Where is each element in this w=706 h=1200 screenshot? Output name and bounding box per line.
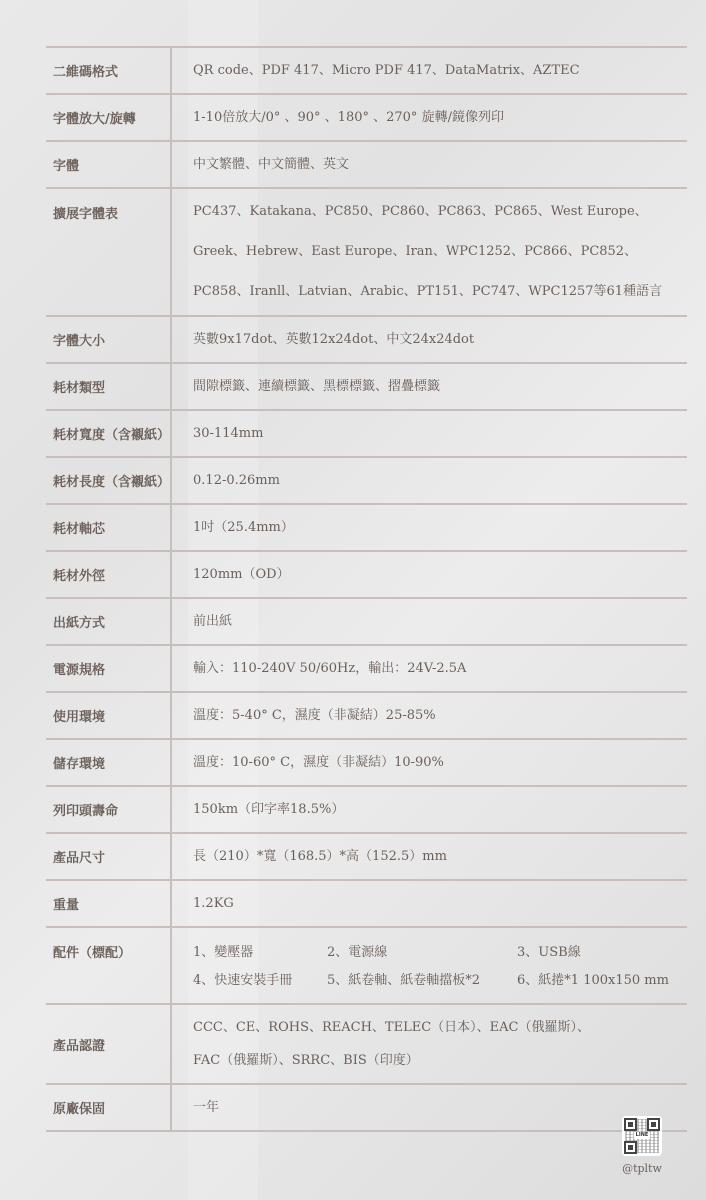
spec-row-2d-barcode: 二維碼格式 QR code、PDF 417、Micro PDF 417、Data… [46, 47, 687, 94]
spec-row-outer-diameter: 耗材外徑 120mm（OD） [46, 551, 687, 598]
spec-label: 耗材寬度（含襯紙） [46, 410, 171, 457]
spec-row-media-thickness: 耗材長度（含襯紙） 0.12-0.26mm [46, 457, 687, 504]
spec-table: 二維碼格式 QR code、PDF 417、Micro PDF 417、Data… [46, 46, 687, 1132]
spec-label: 二維碼格式 [46, 47, 171, 94]
spec-value-line: Greek、Hebrew、East Europe、Iran、WPC1252、PC… [193, 232, 687, 272]
spec-value: 1.2KG [171, 880, 687, 927]
spec-label: 耗材軸芯 [46, 504, 171, 551]
spec-label: 耗材長度（含襯紙） [46, 457, 171, 504]
spec-row-codepages: 擴展字體表 PC437、Katakana、PC850、PC860、PC863、P… [46, 188, 687, 316]
spec-value: 輸入：110-240V 50/60Hz，輸出：24V-2.5A [171, 645, 687, 692]
spec-label: 擴展字體表 [46, 188, 171, 316]
accessory-item: 6、紙捲*1 100x150 mm [517, 967, 687, 995]
spec-value: 1、變壓器 2、電源線 3、USB線 4、快速安裝手冊 5、紙卷軸、紙卷軸擋板*… [171, 927, 687, 1004]
spec-value: 一年 [171, 1084, 687, 1131]
spec-value-line: 溫度：5-40° C，濕度（非凝結）25-85% [193, 693, 687, 738]
accessories-grid: 1、變壓器 2、電源線 3、USB線 4、快速安裝手冊 5、紙卷軸、紙卷軸擋板*… [193, 939, 687, 995]
spec-label: 產品認證 [46, 1004, 171, 1084]
spec-label: 配件（標配） [46, 927, 171, 1004]
spec-label: 字體放大/旋轉 [46, 94, 171, 141]
spec-value: 1吋（25.4mm） [171, 504, 687, 551]
spec-value-line: 輸入：110-240V 50/60Hz，輸出：24V-2.5A [193, 646, 687, 691]
spec-label: 耗材外徑 [46, 551, 171, 598]
spec-value-line: 30-114mm [193, 411, 687, 456]
spec-row-media-type: 耗材類型 間隙標籤、連續標籤、黑標標籤、摺疊標籤 [46, 363, 687, 410]
spec-label: 字體 [46, 141, 171, 188]
spec-value: 間隙標籤、連續標籤、黑標標籤、摺疊標籤 [171, 363, 687, 410]
spec-value-line: 英數9x17dot、英數12x24dot、中文24x24dot [193, 317, 687, 362]
spec-label: 耗材類型 [46, 363, 171, 410]
line-handle: @tpltw [612, 1162, 672, 1175]
spec-value-line: 0.12-0.26mm [193, 458, 687, 503]
accessory-item: 2、電源線 [327, 939, 517, 967]
spec-label: 字體大小 [46, 316, 171, 363]
spec-row-printhead-life: 列印頭壽命 150km（印字率18.5%） [46, 786, 687, 833]
spec-row-paper-out: 出紙方式 前出紙 [46, 598, 687, 645]
spec-value-line: 前出紙 [193, 599, 687, 644]
spec-label: 電源規格 [46, 645, 171, 692]
accessory-item: 5、紙卷軸、紙卷軸擋板*2 [327, 967, 517, 995]
spec-value: 中文繁體、中文簡體、英文 [171, 141, 687, 188]
spec-value-line: QR code、PDF 417、Micro PDF 417、DataMatrix… [193, 48, 687, 93]
footer-contact: LINE @tpltw [612, 1116, 672, 1175]
spec-value: PC437、Katakana、PC850、PC860、PC863、PC865、W… [171, 188, 687, 316]
spec-value: CCC、CE、ROHS、REACH、TELEC（日本）、EAC（俄羅斯）、 FA… [171, 1004, 687, 1084]
accessory-item: 3、USB線 [517, 939, 687, 967]
spec-label: 出紙方式 [46, 598, 171, 645]
spec-value-line: 150km（印字率18.5%） [193, 787, 687, 832]
line-logo-icon: LINE [634, 1132, 650, 1139]
qr-finder-icon [647, 1118, 660, 1131]
spec-row-font-scale-rotation: 字體放大/旋轉 1-10倍放大/0° 、90° 、180° 、270° 旋轉/鏡… [46, 94, 687, 141]
spec-row-dimensions: 產品尺寸 長（210）*寬（168.5）*高（152.5）mm [46, 833, 687, 880]
spec-value-line: 溫度：10-60° C，濕度（非凝結）10-90% [193, 740, 687, 785]
spec-value-line: PC437、Katakana、PC850、PC860、PC863、PC865、W… [193, 192, 687, 232]
accessory-item: 4、快速安裝手冊 [193, 967, 327, 995]
spec-value: 0.12-0.26mm [171, 457, 687, 504]
qr-finder-icon [624, 1141, 637, 1154]
spec-value-line: 120mm（OD） [193, 552, 687, 597]
spec-row-accessories: 配件（標配） 1、變壓器 2、電源線 3、USB線 4、快速安裝手冊 5、紙卷軸… [46, 927, 687, 1004]
spec-label: 列印頭壽命 [46, 786, 171, 833]
spec-value-line: 長（210）*寬（168.5）*高（152.5）mm [193, 834, 687, 879]
spec-label: 使用環境 [46, 692, 171, 739]
spec-label: 原廠保固 [46, 1084, 171, 1131]
spec-row-media-width: 耗材寬度（含襯紙） 30-114mm [46, 410, 687, 457]
spec-value-line: 中文繁體、中文簡體、英文 [193, 142, 687, 187]
spec-value: QR code、PDF 417、Micro PDF 417、DataMatrix… [171, 47, 687, 94]
spec-row-font-size: 字體大小 英數9x17dot、英數12x24dot、中文24x24dot [46, 316, 687, 363]
spec-row-core: 耗材軸芯 1吋（25.4mm） [46, 504, 687, 551]
spec-label: 儲存環境 [46, 739, 171, 786]
spec-value: 150km（印字率18.5%） [171, 786, 687, 833]
spec-value-line: FAC（俄羅斯）、SRRC、BIS（印度） [193, 1044, 687, 1077]
spec-value: 30-114mm [171, 410, 687, 457]
spec-value: 120mm（OD） [171, 551, 687, 598]
spec-row-storage-env: 儲存環境 溫度：10-60° C，濕度（非凝結）10-90% [46, 739, 687, 786]
spec-label: 重量 [46, 880, 171, 927]
spec-value-line: CCC、CE、ROHS、REACH、TELEC（日本）、EAC（俄羅斯）、 [193, 1011, 687, 1044]
spec-value: 長（210）*寬（168.5）*高（152.5）mm [171, 833, 687, 880]
line-qr-code-icon[interactable]: LINE [622, 1116, 662, 1156]
spec-value-line: 1.2KG [193, 881, 687, 926]
spec-row-warranty: 原廠保固 一年 [46, 1084, 687, 1131]
spec-value: 溫度：5-40° C，濕度（非凝結）25-85% [171, 692, 687, 739]
spec-row-weight: 重量 1.2KG [46, 880, 687, 927]
spec-value: 1-10倍放大/0° 、90° 、180° 、270° 旋轉/鏡像列印 [171, 94, 687, 141]
spec-value: 溫度：10-60° C，濕度（非凝結）10-90% [171, 739, 687, 786]
spec-value-line: 間隙標籤、連續標籤、黑標標籤、摺疊標籤 [193, 364, 687, 409]
spec-label: 產品尺寸 [46, 833, 171, 880]
qr-finder-icon [624, 1118, 637, 1131]
spec-value-line: 1吋（25.4mm） [193, 505, 687, 550]
spec-row-operating-env: 使用環境 溫度：5-40° C，濕度（非凝結）25-85% [46, 692, 687, 739]
spec-value: 前出紙 [171, 598, 687, 645]
accessory-item: 1、變壓器 [193, 939, 327, 967]
spec-row-certifications: 產品認證 CCC、CE、ROHS、REACH、TELEC（日本）、EAC（俄羅斯… [46, 1004, 687, 1084]
spec-value-line: 1-10倍放大/0° 、90° 、180° 、270° 旋轉/鏡像列印 [193, 95, 687, 140]
spec-row-power: 電源規格 輸入：110-240V 50/60Hz，輸出：24V-2.5A [46, 645, 687, 692]
spec-row-fonts: 字體 中文繁體、中文簡體、英文 [46, 141, 687, 188]
spec-value: 英數9x17dot、英數12x24dot、中文24x24dot [171, 316, 687, 363]
spec-value-line: PC858、Iranll、Latvian、Arabic、PT151、PC747、… [193, 272, 687, 312]
